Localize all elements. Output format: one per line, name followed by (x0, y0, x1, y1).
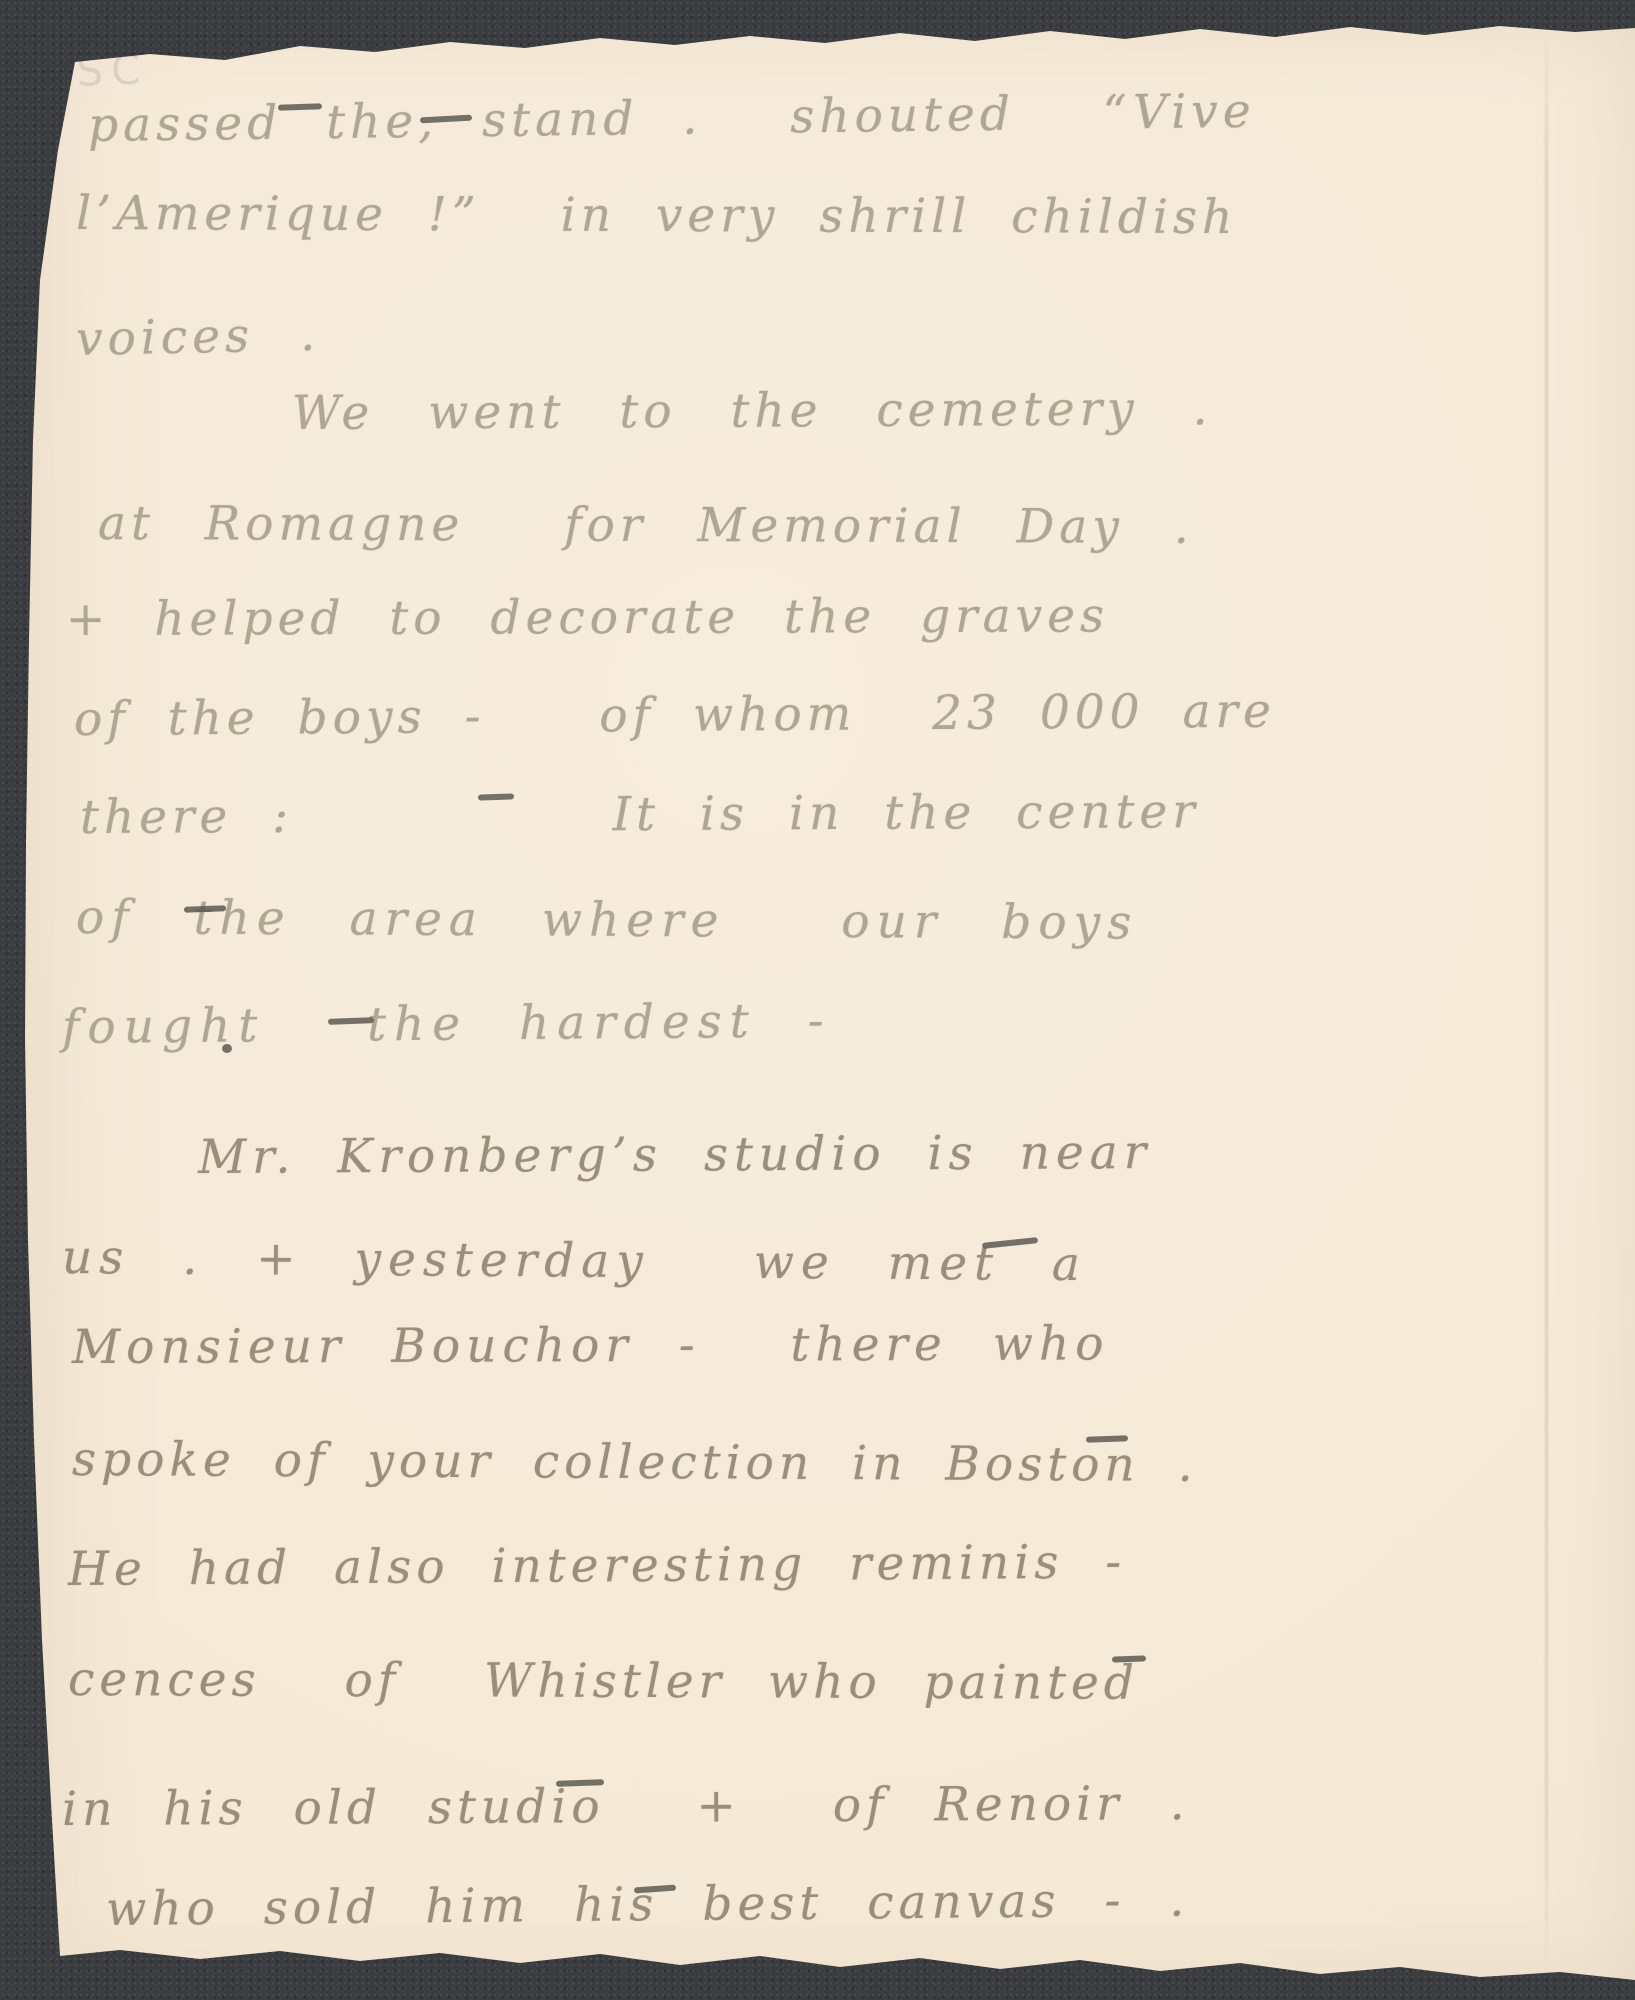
letter-line: of the area where our boys (76, 890, 1139, 951)
fold-line (1545, 30, 1548, 1975)
ink-accent (1112, 1655, 1146, 1662)
letter-line: cences of Whistler who painted (68, 1652, 1139, 1711)
letter-line: l’Amerique !” in very shrill childish (76, 186, 1238, 245)
letter-line: us . + yesterday we met a (62, 1230, 1087, 1292)
letter-line: spoke of your collection in Boston . (72, 1432, 1198, 1493)
letter-line: there : It is in the center (80, 784, 1200, 845)
letter-line: fought the hardest - (62, 993, 832, 1055)
scene: JSC passed the, stand . shouted “Vive l’… (0, 0, 1635, 2000)
letter-page: JSC passed the, stand . shouted “Vive l’… (0, 0, 1635, 2000)
letter-photograph: { "marks": { "inscription": "JSC" }, "le… (0, 0, 1635, 2000)
letter-line: in his old studio + of Renoir . (62, 1776, 1190, 1837)
letter-line: who sold him his best canvas - . (106, 1873, 1190, 1937)
letter-line: We went to the cemetery . (292, 381, 1213, 441)
letter-line: voices . (75, 307, 320, 367)
letter-line: Mr. Kronberg’s studio is near (198, 1125, 1152, 1185)
letter-line: + helped to decorate the graves (66, 588, 1109, 647)
letter-line: of the boys - of whom 23 000 are (74, 684, 1276, 747)
ink-accent (478, 793, 514, 800)
letter-line: Monsieur Bouchor - there who (72, 1316, 1110, 1375)
letter-line: at Romagne for Memorial Day . (98, 496, 1194, 555)
letter-line: passed the, stand . shouted “Vive (88, 84, 1256, 153)
letter-line: He had also interesting reminis - (68, 1535, 1127, 1597)
